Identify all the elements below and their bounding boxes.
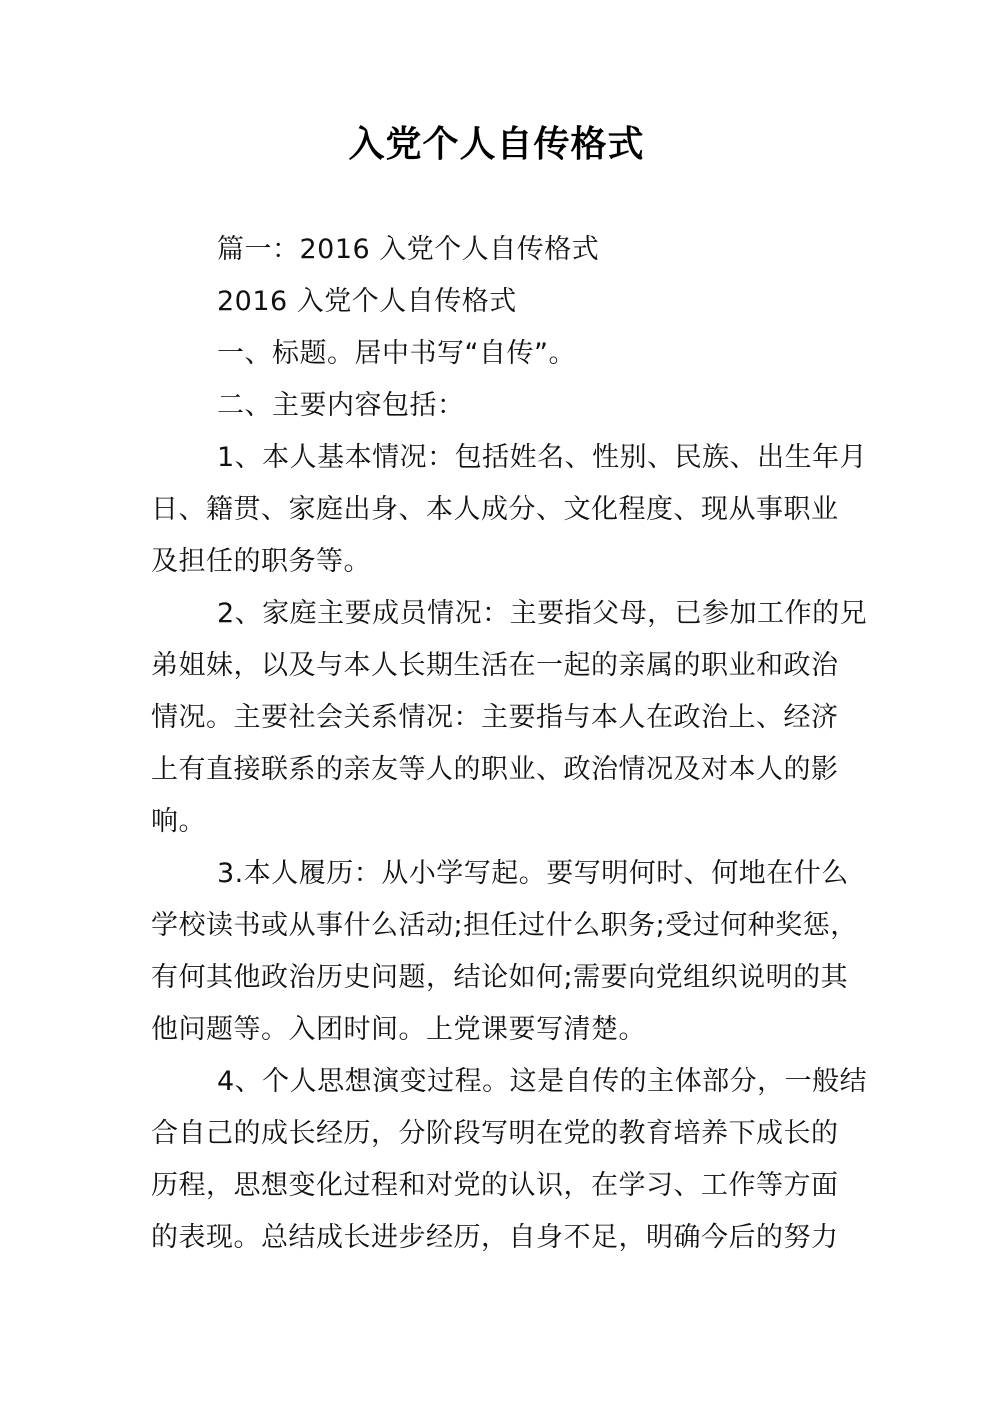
document-title: 入党个人自传格式 [0, 120, 993, 170]
text-line: 二、主要内容包括： [217, 386, 465, 426]
text-line: 1、本人基本情况：包括姓名、性别、民族、出生年月 [217, 438, 867, 478]
text-line: 合自己的成长经历，分阶段写明在党的教育培养下成长的 [151, 1114, 839, 1154]
text-line: 3.本人履历：从小学写起。要写明何时、何地在什么 [217, 854, 849, 894]
text-line: 弟姐妹，以及与本人长期生活在一起的亲属的职业和政治 [151, 646, 839, 686]
text-line: 上有直接联系的亲友等人的职业、政治情况及对本人的影 [151, 750, 839, 790]
text-line: 学校读书或从事什么活动;担任过什么职务;受过何种奖惩， [151, 906, 858, 946]
text-line: 日、籍贯、家庭出身、本人成分、文化程度、现从事职业 [151, 490, 839, 530]
text-line: 历程，思想变化过程和对党的认识，在学习、工作等方面 [151, 1166, 839, 1206]
text-line: 篇一：2016 入党个人自传格式 [217, 230, 599, 270]
text-line: 及担任的职务等。 [151, 542, 371, 582]
text-line: 响。 [151, 802, 206, 842]
text-line: 一、标题。居中书写“自传”。 [217, 334, 576, 374]
text-line: 2、家庭主要成员情况：主要指父母，已参加工作的兄 [217, 594, 867, 634]
text-line: 的表现。总结成长进步经历，自身不足，明确今后的努力 [151, 1218, 839, 1258]
text-line: 2016 入党个人自传格式 [217, 282, 517, 322]
text-line: 他问题等。入团时间。上党课要写清楚。 [151, 1010, 646, 1050]
text-line: 4、个人思想演变过程。这是自传的主体部分，一般结 [217, 1062, 867, 1102]
text-line: 情况。主要社会关系情况：主要指与本人在政治上、经济 [151, 698, 839, 738]
document-page: 入党个人自传格式 篇一：2016 入党个人自传格式2016 入党个人自传格式一、… [0, 0, 993, 1404]
text-line: 有何其他政治历史问题，结论如何;需要向党组织说明的其 [151, 958, 848, 998]
